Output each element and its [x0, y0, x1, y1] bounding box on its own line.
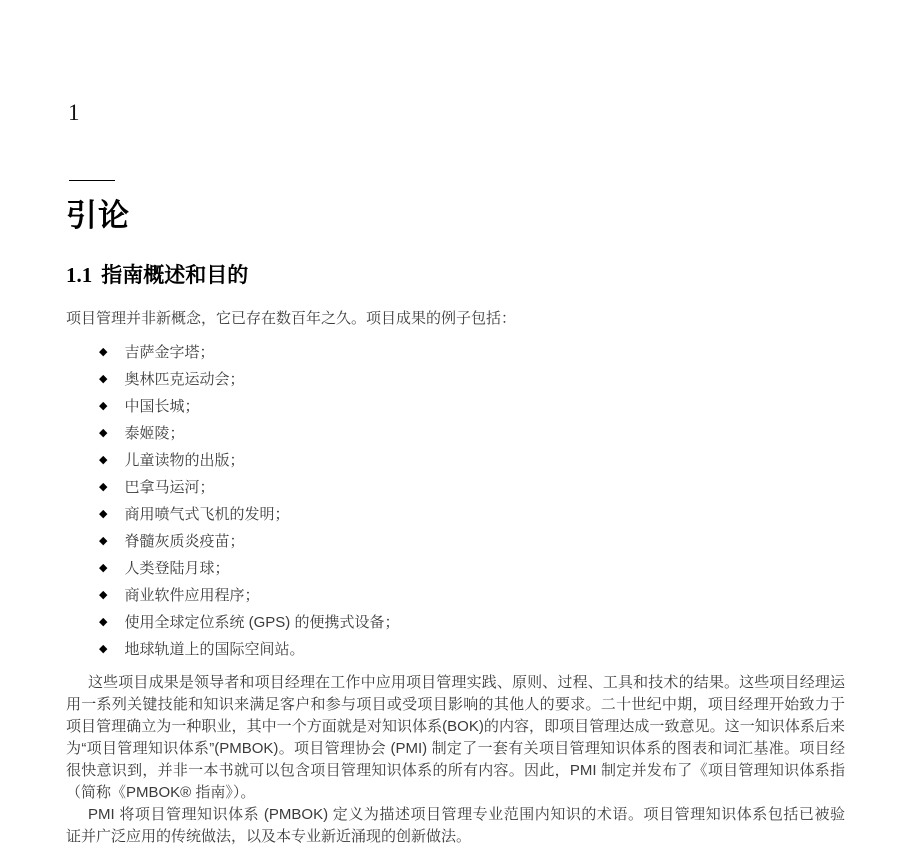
diamond-bullet-icon: ◆: [99, 642, 107, 655]
bullet-text: 中国长城；: [124, 395, 199, 416]
bullet-text: 儿童读物的出版；: [124, 449, 244, 470]
body-paragraph-1: 这些项目成果是领导者和项目经理在工作中应用项目管理实践、原则、过程、工具和技术的…: [66, 672, 845, 804]
bullet-text: 使用全球定位系统 (GPS) 的便携式设备；: [124, 611, 399, 632]
document-page: 1 引论 1.1指南概述和目的 项目管理并非新概念，它已存在数百年之久。项目成果…: [0, 0, 907, 866]
bullet-item: ◆人类登陆月球；: [99, 554, 399, 581]
bullet-item: ◆吉萨金字塔；: [99, 338, 399, 365]
diamond-bullet-icon: ◆: [99, 534, 107, 547]
diamond-bullet-icon: ◆: [99, 561, 107, 574]
section-heading: 1.1指南概述和目的: [66, 262, 248, 289]
bullet-item: ◆商业软件应用程序；: [99, 581, 399, 608]
chapter-title: 引论: [66, 198, 130, 234]
bullet-item: ◆商用喷气式飞机的发明；: [99, 500, 399, 527]
diamond-bullet-icon: ◆: [99, 453, 107, 466]
paragraph-line: 证并广泛应用的传统做法，以及本专业新近涌现的创新做法。: [66, 826, 845, 848]
bullet-item: ◆巴拿马运河；: [99, 473, 399, 500]
bullet-text: 地球轨道上的国际空间站。: [124, 638, 304, 659]
diamond-bullet-icon: ◆: [99, 507, 107, 520]
paragraph-line: PMI 将项目管理知识体系 (PMBOK) 定义为描述项目管理专业范围内知识的术…: [66, 804, 845, 826]
paragraph-line: 为“项目管理知识体系”(PMBOK)。项目管理协会 (PMI) 制定了一套有关项…: [66, 738, 845, 760]
bullet-item: ◆奥林匹克运动会；: [99, 365, 399, 392]
bullet-text: 泰姬陵；: [124, 422, 184, 443]
paragraph-line: 这些项目成果是领导者和项目经理在工作中应用项目管理实践、原则、过程、工具和技术的…: [66, 672, 845, 694]
body-paragraphs: 这些项目成果是领导者和项目经理在工作中应用项目管理实践、原则、过程、工具和技术的…: [66, 672, 845, 848]
bullet-text: 人类登陆月球；: [124, 557, 229, 578]
bullet-item: ◆使用全球定位系统 (GPS) 的便携式设备；: [99, 608, 399, 635]
bullet-item: ◆儿童读物的出版；: [99, 446, 399, 473]
diamond-bullet-icon: ◆: [99, 345, 107, 358]
section-number: 1.1: [66, 263, 92, 287]
bullet-item: ◆泰姬陵；: [99, 419, 399, 446]
diamond-bullet-icon: ◆: [99, 615, 107, 628]
bullet-text: 商业软件应用程序；: [124, 584, 259, 605]
diamond-bullet-icon: ◆: [99, 480, 107, 493]
body-paragraph-2: PMI 将项目管理知识体系 (PMBOK) 定义为描述项目管理专业范围内知识的术…: [66, 804, 845, 848]
diamond-bullet-icon: ◆: [99, 372, 107, 385]
bullet-text: 商用喷气式飞机的发明；: [124, 503, 289, 524]
bullet-item: ◆地球轨道上的国际空间站。: [99, 635, 399, 662]
bullet-text: 巴拿马运河；: [124, 476, 214, 497]
bullet-item: ◆脊髓灰质炎疫苗；: [99, 527, 399, 554]
section-divider: [69, 180, 115, 181]
intro-paragraph: 项目管理并非新概念，它已存在数百年之久。项目成果的例子包括：: [66, 309, 516, 329]
bullet-text: 吉萨金字塔；: [124, 341, 214, 362]
paragraph-line: （简称《PMBOK® 指南》）。: [66, 782, 845, 804]
bullet-text: 脊髓灰质炎疫苗；: [124, 530, 244, 551]
bullet-text: 奥林匹克运动会；: [124, 368, 244, 389]
paragraph-line: 用一系列关键技能和知识来满足客户和参与项目或受项目影响的其他人的要求。二十世纪中…: [66, 694, 845, 716]
chapter-number: 1: [68, 100, 80, 126]
diamond-bullet-icon: ◆: [99, 588, 107, 601]
bullet-item: ◆中国长城；: [99, 392, 399, 419]
diamond-bullet-icon: ◆: [99, 426, 107, 439]
paragraph-line: 项目管理确立为一种职业，其中一个方面就是对知识体系(BOK)的内容，即项目管理达…: [66, 716, 845, 738]
bullet-list: ◆吉萨金字塔； ◆奥林匹克运动会； ◆中国长城； ◆泰姬陵； ◆儿童读物的出版；…: [99, 338, 399, 662]
section-title: 指南概述和目的: [101, 264, 248, 287]
paragraph-line: 很快意识到，并非一本书就可以包含项目管理知识体系的所有内容。因此，PMI 制定并…: [66, 760, 845, 782]
diamond-bullet-icon: ◆: [99, 399, 107, 412]
